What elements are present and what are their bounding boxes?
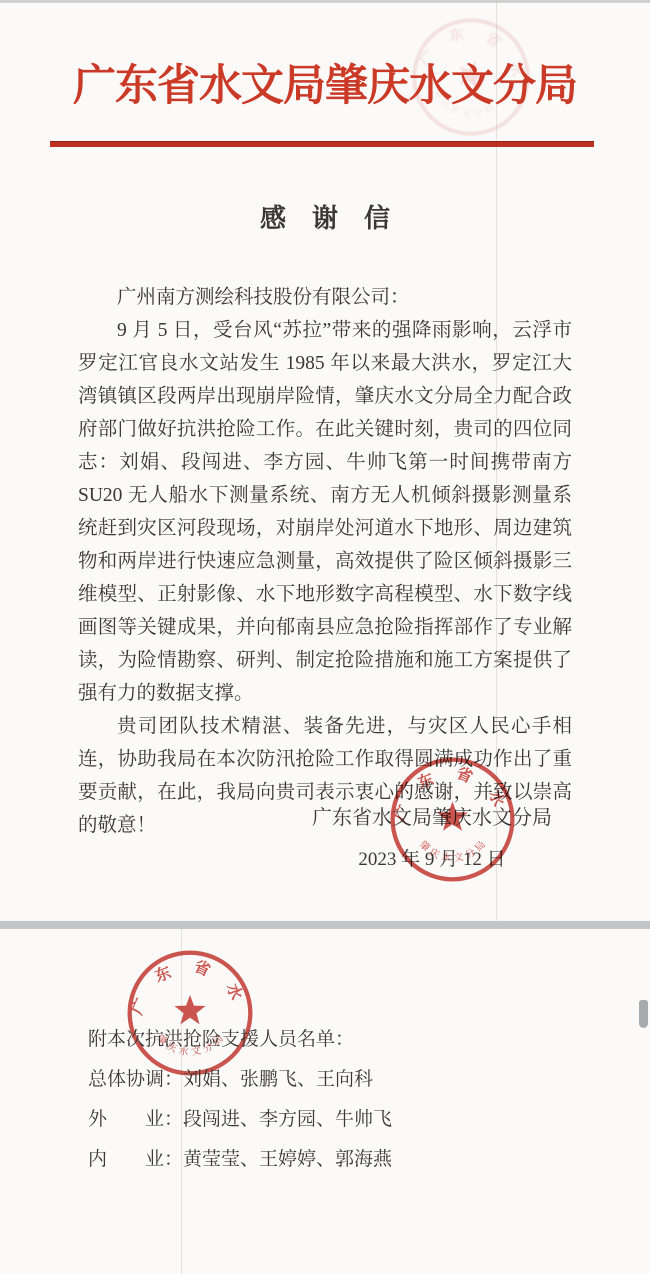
appendix-title: 附本次抗洪抢险支援人员名单： <box>88 1030 568 1049</box>
svg-text:肇庆水文分局: 肇庆水文分局 <box>417 836 490 864</box>
page-divider <box>0 921 650 929</box>
scan-edge <box>0 0 650 2</box>
appendix-role-coordination: 总体协调：刘娟、张鹏飞、王向科 <box>88 1070 568 1089</box>
star-icon <box>174 995 205 1024</box>
letterhead-rule <box>50 141 594 147</box>
letterhead-title: 广东省水文局肇庆水文分局 <box>0 52 650 113</box>
letter-title: 感 谢 信 <box>0 198 650 235</box>
scrollbar-thumb[interactable] <box>639 1000 648 1028</box>
paragraph-1: 9 月 5 日，受台风“苏拉”带来的强降雨影响，云浮市罗定江官良水文站发生 19… <box>78 314 572 710</box>
names: 黄莹莹、王婷婷、郭海燕 <box>183 1149 392 1170</box>
official-seal-icon: 广东省水文局 肇庆水文分局 <box>386 753 519 886</box>
names: 段闯进、李方园、牛帅飞 <box>183 1109 392 1130</box>
names: 刘娟、张鹏飞、王向科 <box>183 1069 373 1090</box>
appendix-role-office: 内 业：黄莹莹、王婷婷、郭海燕 <box>88 1150 568 1169</box>
appendix-list: 附本次抗洪抢险支援人员名单： 总体协调：刘娟、张鹏飞、王向科 外 业：段闯进、李… <box>88 1030 568 1190</box>
appendix-role-field: 外 业：段闯进、李方园、牛帅飞 <box>88 1110 568 1129</box>
star-icon <box>437 801 468 830</box>
salutation: 广州南方测绘科技股份有限公司： <box>78 281 572 314</box>
